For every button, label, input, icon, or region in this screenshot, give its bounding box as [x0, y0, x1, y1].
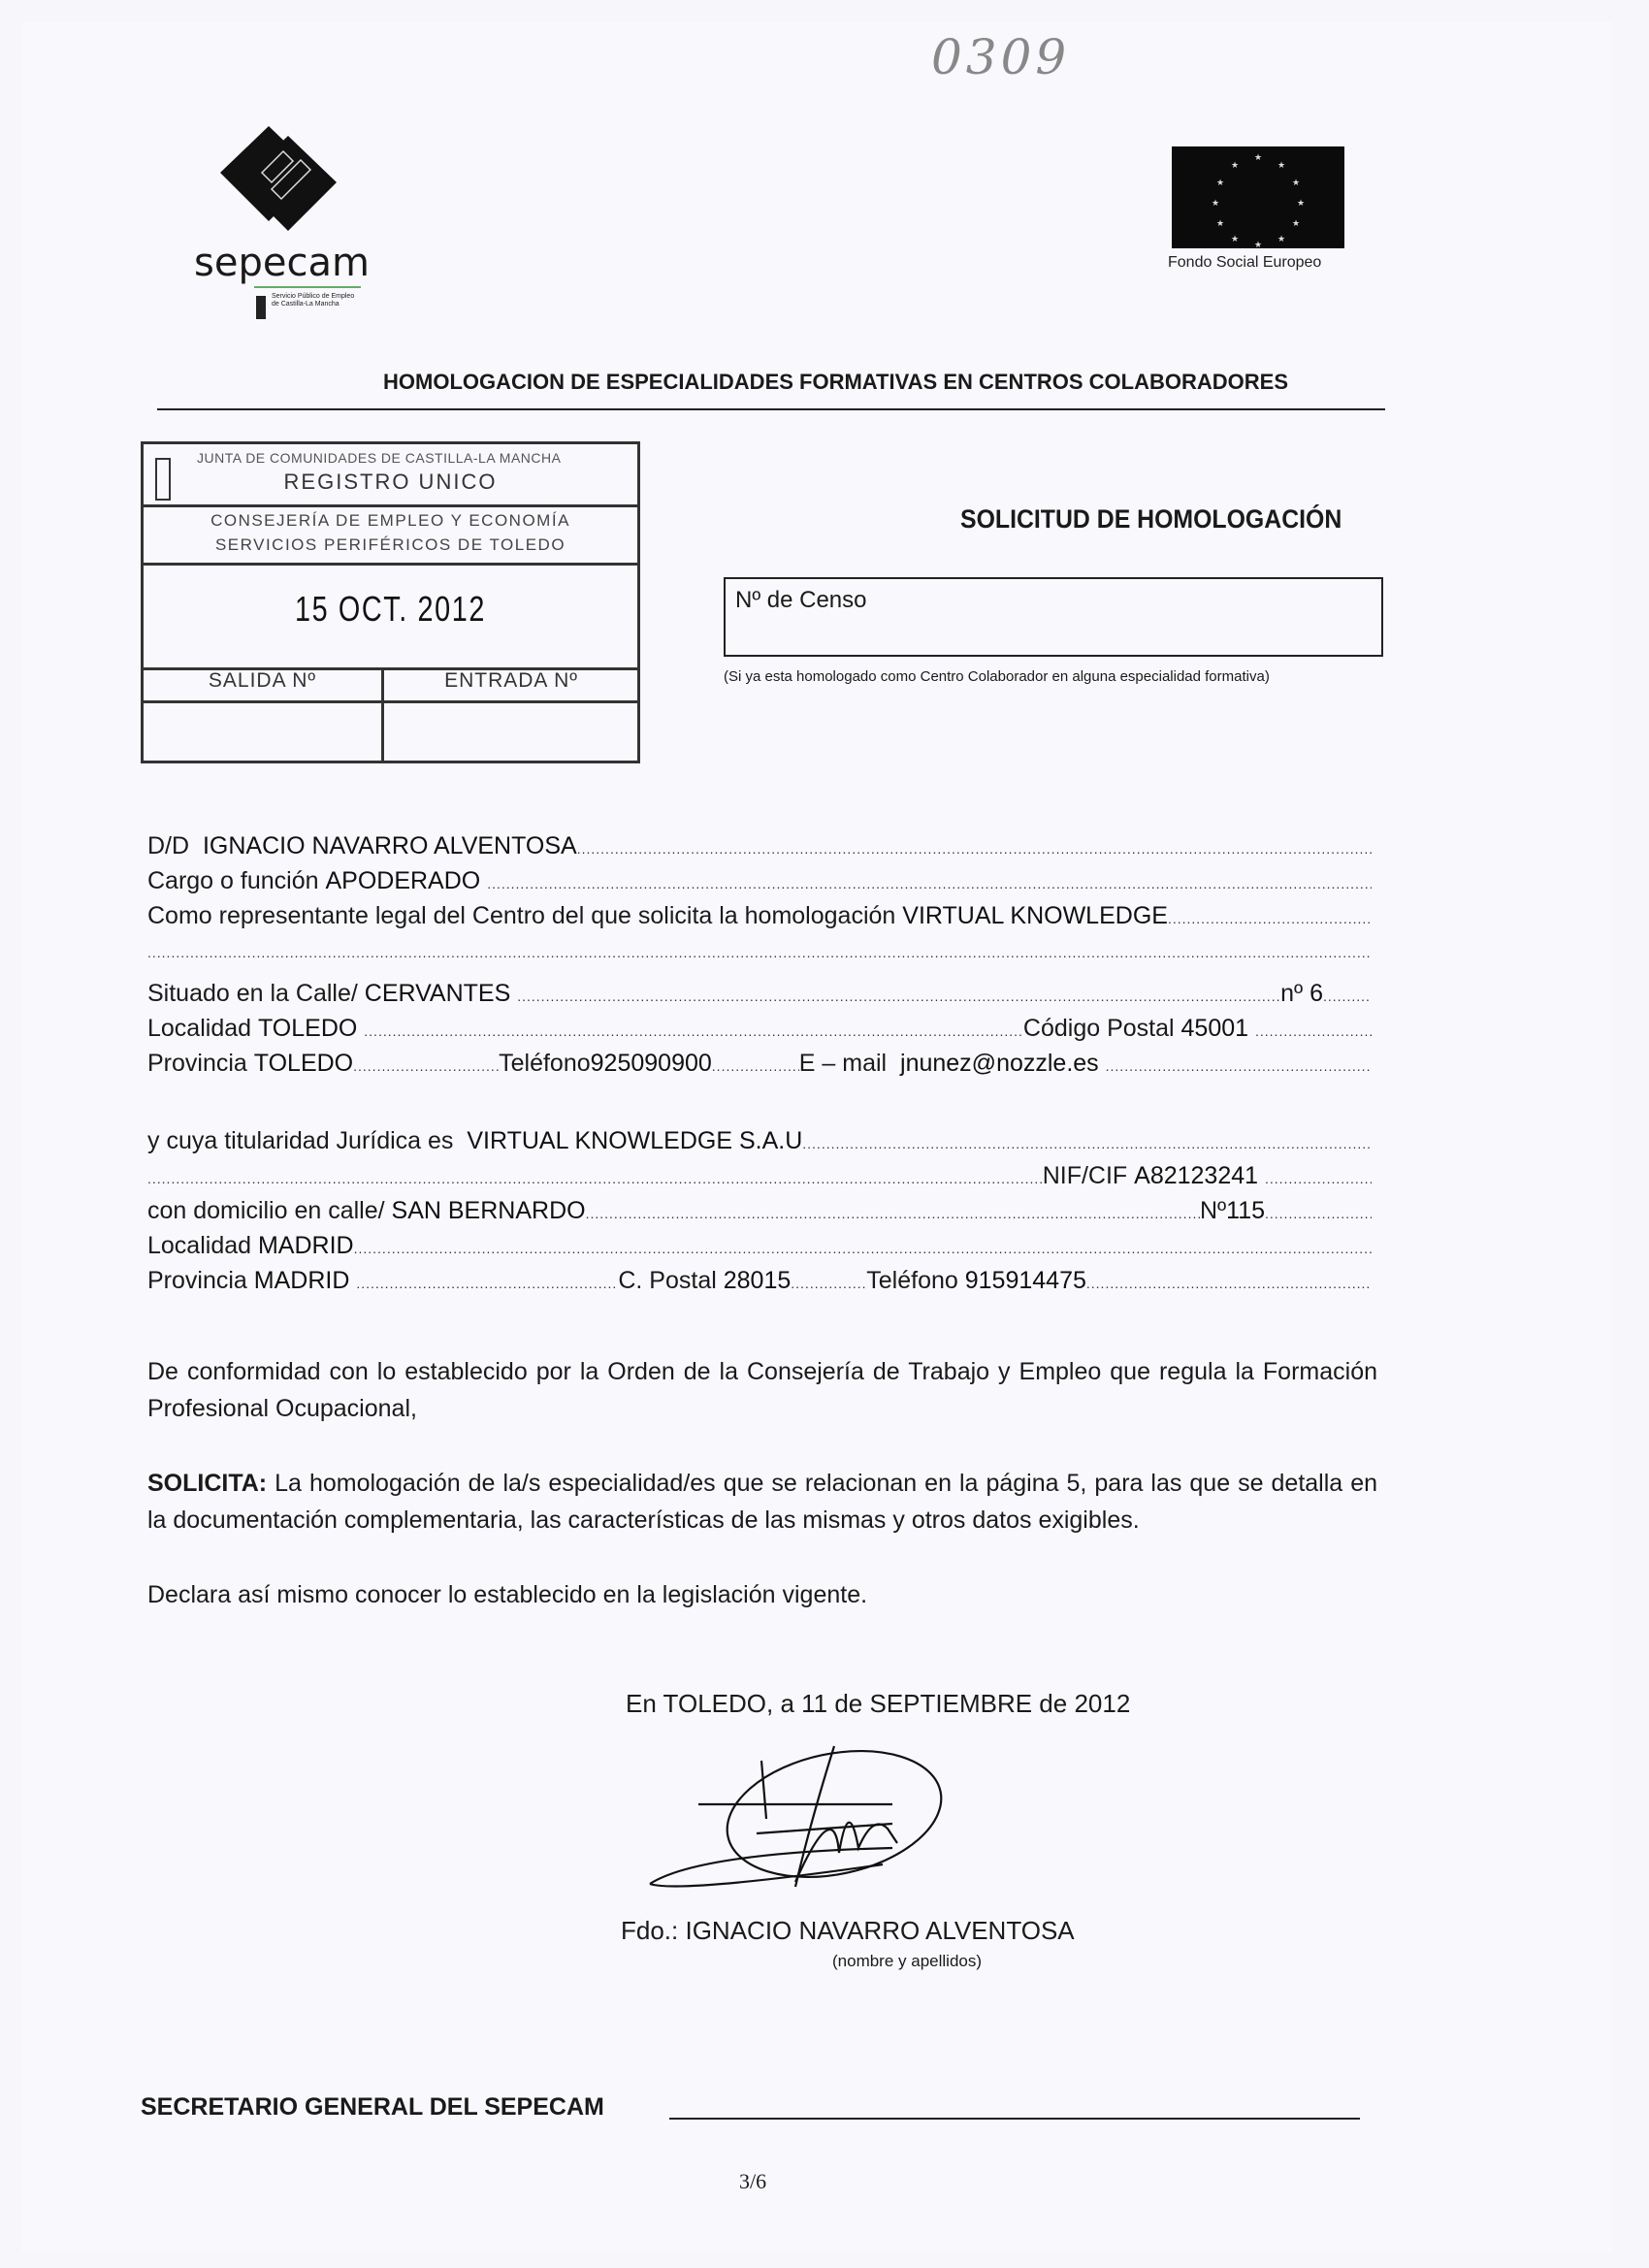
- censo-note: (Si ya esta homologado como Centro Colab…: [724, 666, 1383, 688]
- salida-label: SALIDA Nº: [144, 669, 381, 693]
- svg-text:★: ★: [1231, 161, 1239, 171]
- localidad-label: Localidad: [147, 1015, 251, 1043]
- nif-row: NIF/CIF A82123241: [147, 1162, 1372, 1195]
- cp-value: 28015: [724, 1267, 792, 1295]
- document-title: HOMOLOGACION DE ESPECIALIDADES FORMATIVA…: [383, 370, 1288, 395]
- crest-icon: [256, 296, 266, 319]
- svg-text:★: ★: [1292, 178, 1300, 188]
- svg-text:★: ★: [1212, 199, 1219, 209]
- conformidad-paragraph: De conformidad con lo establecido por la…: [147, 1353, 1377, 1427]
- dotted-leader: [353, 1058, 499, 1074]
- provincia-label: Provincia: [147, 1050, 247, 1078]
- dd-label: D/D: [147, 832, 189, 860]
- numero-value: 6: [1309, 980, 1323, 1008]
- provincia-value: TOLEDO: [254, 1050, 353, 1078]
- stamp-divider: [381, 667, 384, 761]
- telefono-label: Teléfono: [866, 1267, 958, 1295]
- entrada-value: [384, 700, 638, 761]
- dotted-leader: [1086, 1276, 1372, 1291]
- svg-text:★: ★: [1216, 178, 1224, 188]
- solicita-label: SOLICITA:: [147, 1470, 267, 1497]
- email-label: E – mail: [799, 1050, 887, 1078]
- cargo-row: Cargo o función APODERADO: [147, 867, 1372, 900]
- localidad-row: Localidad MADRID: [147, 1232, 1372, 1265]
- eu-caption: Fondo Social Europeo: [1168, 254, 1321, 272]
- dotted-leader: [487, 876, 1372, 891]
- cargo-value: APODERADO: [325, 867, 480, 895]
- stamp-values-row: [144, 700, 637, 761]
- localidad-value: MADRID: [258, 1232, 354, 1260]
- svg-text:★: ★: [1254, 241, 1262, 248]
- domicilio-row: con domicilio en calle/ SAN BERNARDO Nº …: [147, 1197, 1372, 1230]
- provincia-value: MADRID: [254, 1267, 350, 1295]
- cp-value: 45001: [1181, 1015, 1249, 1043]
- numero-label: Nº: [1200, 1197, 1226, 1225]
- secretario-label: SECRETARIO GENERAL DEL SEPECAM: [141, 2093, 604, 2122]
- titularidad-value: VIRTUAL KNOWLEDGE S.A.U: [467, 1127, 802, 1155]
- svg-text:★: ★: [1297, 199, 1305, 209]
- cp-label: C. Postal: [618, 1267, 716, 1295]
- dotted-leader: [354, 1241, 1372, 1256]
- dd-row: D/D IGNACIO NAVARRO ALVENTOSA: [147, 832, 1372, 865]
- stamp-date-row: 15 OCT. 2012: [144, 563, 637, 670]
- handwritten-number: 0309: [931, 29, 1070, 85]
- nif-label: NIF/CIF: [1043, 1162, 1128, 1190]
- dotted-leader: [586, 1206, 1200, 1221]
- censo-label: Nº de Censo: [735, 587, 867, 614]
- place-date: En TOLEDO, a 11 de SEPTIEMBRE de 2012: [626, 1689, 1130, 1719]
- logo-underline: [254, 286, 361, 288]
- stamp-junta: JUNTA DE COMUNIDADES DE CASTILLA-LA MANC…: [197, 450, 561, 466]
- cp-label: Código Postal: [1023, 1015, 1175, 1043]
- localidad-row: Localidad TOLEDO Código Postal 45001: [147, 1015, 1372, 1048]
- numero-value: 115: [1226, 1197, 1265, 1225]
- centro-row: Como representante legal del Centro del …: [147, 902, 1372, 935]
- eu-flag-icon: ★★★ ★★ ★★ ★★ ★★★: [1172, 146, 1344, 248]
- telefono-value: 925090900: [591, 1050, 712, 1078]
- svg-text:★: ★: [1216, 219, 1224, 229]
- dotted-leader: [1255, 1023, 1372, 1039]
- dotted-leader: [1265, 1206, 1372, 1221]
- dotted-leader: [577, 841, 1372, 857]
- stamp-registro: REGISTRO UNICO: [144, 470, 637, 495]
- dotted-leader: [802, 1136, 1372, 1151]
- calle-label: Situado en la Calle/: [147, 980, 358, 1008]
- calle-row: Situado en la Calle/ CERVANTES nº 6: [147, 980, 1372, 1013]
- centro-value: VIRTUAL KNOWLEDGE: [902, 902, 1168, 930]
- name-note: (nombre y apellidos): [832, 1952, 982, 1971]
- svg-text:★: ★: [1292, 219, 1300, 229]
- numero-label: nº: [1280, 980, 1303, 1008]
- dotted-leader: [517, 988, 1280, 1004]
- salida-value: [144, 700, 381, 761]
- signature-scribble-icon: [640, 1736, 1028, 1911]
- svg-text:★: ★: [1277, 235, 1285, 244]
- title-rule: [157, 408, 1385, 410]
- titularidad-row: y cuya titularidad Jurídica es VIRTUAL K…: [147, 1127, 1372, 1160]
- solicitud-title: SOLICITUD DE HOMOLOGACIÓN: [960, 504, 1342, 535]
- signer-name: Fdo.: IGNACIO NAVARRO ALVENTOSA: [621, 1916, 1075, 1946]
- domicilio-value: SAN BERNARDO: [392, 1197, 586, 1225]
- page-number: 3/6: [739, 2169, 766, 2194]
- entrada-label: ENTRADA Nº: [384, 669, 638, 693]
- localidad-value: TOLEDO: [258, 1015, 357, 1043]
- dotted-leader: [147, 945, 1372, 960]
- logo-subtitle: Servicio Público de Empleo de Castilla-L…: [272, 293, 359, 308]
- centro-label: Como representante legal del Centro del …: [147, 902, 895, 930]
- provincia-label: Provincia: [147, 1267, 247, 1295]
- solicita-text: La homologación de la/s especialidad/es …: [147, 1470, 1377, 1534]
- stamp-date: 15 OCT. 2012: [193, 589, 588, 630]
- telefono-value: 915914475: [965, 1267, 1086, 1295]
- censo-field[interactable]: Nº de Censo: [724, 577, 1383, 657]
- dd-value: IGNACIO NAVARRO ALVENTOSA: [203, 832, 577, 860]
- domicilio-label: con domicilio en calle/: [147, 1197, 385, 1225]
- svg-text:★: ★: [1231, 235, 1239, 244]
- cargo-label: Cargo o función: [147, 867, 319, 895]
- centro-continuation-row: [147, 945, 1372, 978]
- dotted-leader: [1323, 988, 1372, 1004]
- dotted-leader: [1106, 1058, 1372, 1074]
- dotted-leader: [712, 1058, 799, 1074]
- stamp-consejeria-row: CONSEJERÍA DE EMPLEO Y ECONOMÍA SERVICIO…: [144, 504, 637, 566]
- dotted-leader: [791, 1276, 866, 1291]
- sepecam-diamond-icon: [215, 116, 341, 243]
- stamp-header-row: JUNTA DE COMUNIDADES DE CASTILLA-LA MANC…: [144, 444, 637, 507]
- logo-text: sepecam: [194, 241, 370, 285]
- provincia-row: Provincia TOLEDO Teléfono 925090900 E – …: [147, 1050, 1372, 1083]
- stamp-labels-row: SALIDA Nº ENTRADA Nº: [144, 667, 637, 703]
- dotted-leader: [1168, 911, 1372, 926]
- titularidad-label: y cuya titularidad Jurídica es: [147, 1127, 453, 1155]
- calle-value: CERVANTES: [365, 980, 511, 1008]
- email-value: jnunez@nozzle.es: [900, 1050, 1099, 1078]
- stamp-servicios: SERVICIOS PERIFÉRICOS DE TOLEDO: [144, 535, 637, 555]
- stamp-consejeria: CONSEJERÍA DE EMPLEO Y ECONOMÍA: [144, 511, 637, 531]
- secretario-signature-line[interactable]: [669, 2118, 1360, 2120]
- dotted-leader: [1265, 1171, 1372, 1186]
- eu-stars-icon: ★★★ ★★ ★★ ★★ ★★★: [1172, 146, 1344, 248]
- svg-text:★: ★: [1254, 153, 1262, 163]
- dotted-leader: [147, 1171, 1043, 1186]
- provincia-row: Provincia MADRID C. Postal 28015 Teléfon…: [147, 1267, 1372, 1300]
- localidad-label: Localidad: [147, 1232, 251, 1260]
- registry-stamp: JUNTA DE COMUNIDADES DE CASTILLA-LA MANC…: [141, 441, 640, 763]
- svg-text:★: ★: [1277, 161, 1285, 171]
- dotted-leader: [364, 1023, 1023, 1039]
- declara-paragraph: Declara así mismo conocer lo establecido…: [147, 1576, 1377, 1613]
- dotted-leader: [356, 1276, 618, 1291]
- solicita-paragraph: SOLICITA: La homologación de la/s especi…: [147, 1465, 1377, 1539]
- nif-value: A82123241: [1134, 1162, 1258, 1190]
- telefono-label: Teléfono: [499, 1050, 591, 1078]
